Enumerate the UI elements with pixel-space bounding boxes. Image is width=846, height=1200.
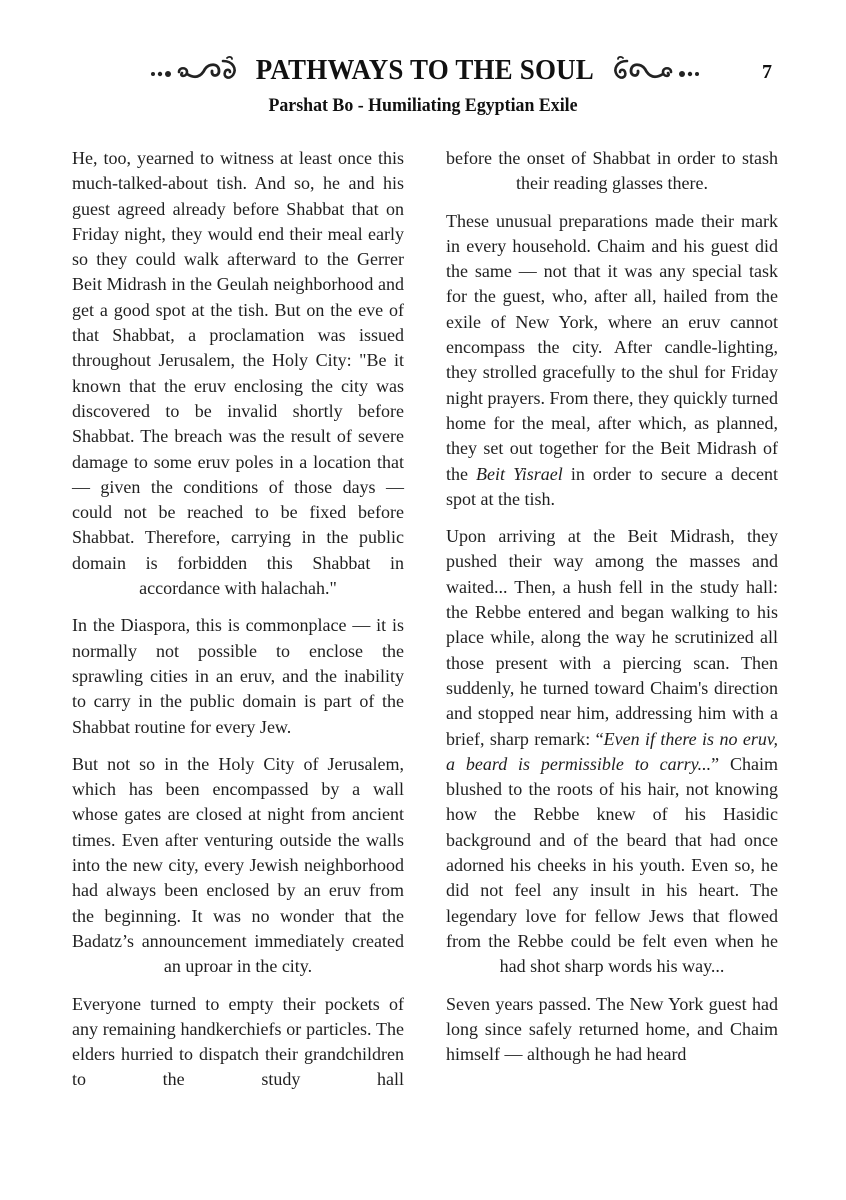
paragraph: He, too, yearned to witness at least onc… (72, 146, 404, 601)
italic-term: Beit Yisrael (476, 464, 563, 484)
masthead-title: PATHWAYS TO THE SOUL (256, 52, 594, 88)
paragraph-text: ” Chaim blushed to the roots of his hair… (446, 754, 778, 976)
paragraph: Seven years passed. The New York guest h… (446, 992, 778, 1068)
paragraph-text: Upon arriving at the Beit Midrash, they … (446, 526, 778, 748)
article-subtitle: Parshat Bo - Humiliating Egyptian Exile (25, 95, 820, 117)
paragraph: Everyone turned to empty their pockets o… (72, 992, 404, 1093)
paragraph: These unusual preparations made their ma… (446, 209, 778, 513)
paragraph: before the onset of Shabbat in order to … (446, 146, 778, 197)
paragraph-text: These unusual preparations made their ma… (446, 211, 778, 484)
page-header: PATHWAYS TO THE SOUL 7 (0, 52, 846, 92)
paragraph-text: Everyone turned to empty their pockets o… (72, 994, 404, 1090)
page-number: 7 (762, 61, 772, 84)
left-column: He, too, yearned to witness at least onc… (72, 146, 404, 1105)
paragraph: In the Diaspora, this is commonplace — i… (72, 613, 404, 739)
ornament-flourish-right-icon (609, 52, 701, 88)
right-column: before the onset of Shabbat in order to … (446, 146, 778, 1079)
paragraph: But not so in the Holy City of Jerusalem… (72, 752, 404, 980)
ornament-flourish-left-icon (149, 52, 241, 88)
paragraph: Upon arriving at the Beit Midrash, they … (446, 524, 778, 979)
masthead: PATHWAYS TO THE SOUL (130, 52, 720, 88)
